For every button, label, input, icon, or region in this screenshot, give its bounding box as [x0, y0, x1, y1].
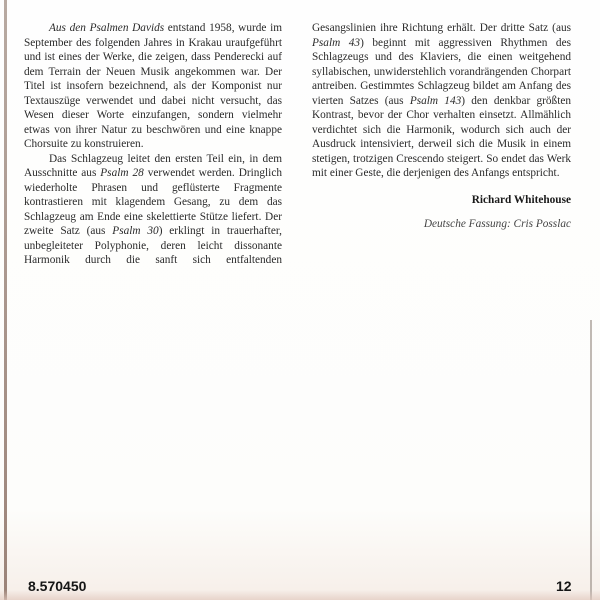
continuation-text-a: Gesangslinien ihre Richtung erhält. Der … [312, 22, 571, 34]
continuation-paragraph: Gesangslinien ihre Richtung erhält. Der … [312, 21, 571, 181]
author-name: Richard Whitehouse [312, 193, 571, 208]
right-text-column: Gesangslinien ihre Richtung erhält. Der … [312, 21, 571, 232]
left-text-column: Aus den Psalmen Davids entstand 1958, wu… [24, 21, 282, 268]
page-bottom-shadow [0, 590, 600, 600]
intro-text: entstand 1958, wurde im September des fo… [24, 22, 282, 150]
continuation-text-c: ) den denkbar größten Kontrast, bevor de… [312, 95, 571, 180]
psalm-28-reference: Psalm 28 [100, 167, 143, 179]
booklet-page: Aus den Psalmen Davids entstand 1958, wu… [0, 0, 600, 600]
intro-paragraph: Aus den Psalmen Davids entstand 1958, wu… [24, 21, 282, 152]
work-title: Aus den Psalmen Davids [49, 22, 164, 34]
psalm-143-reference: Psalm 143 [410, 95, 461, 107]
page-right-edge [590, 320, 592, 600]
page-number: 12 [556, 578, 572, 594]
psalm-30-reference: Psalm 30 [112, 225, 158, 237]
catalog-number: 8.570450 [28, 578, 86, 594]
psalm-43-reference: Psalm 43 [312, 37, 360, 49]
translation-credit: Deutsche Fassung: Cris Posslac [312, 217, 571, 232]
page-binding-edge [4, 0, 7, 600]
movements-paragraph: Das Schlagzeug leitet den ersten Teil ei… [24, 152, 282, 268]
